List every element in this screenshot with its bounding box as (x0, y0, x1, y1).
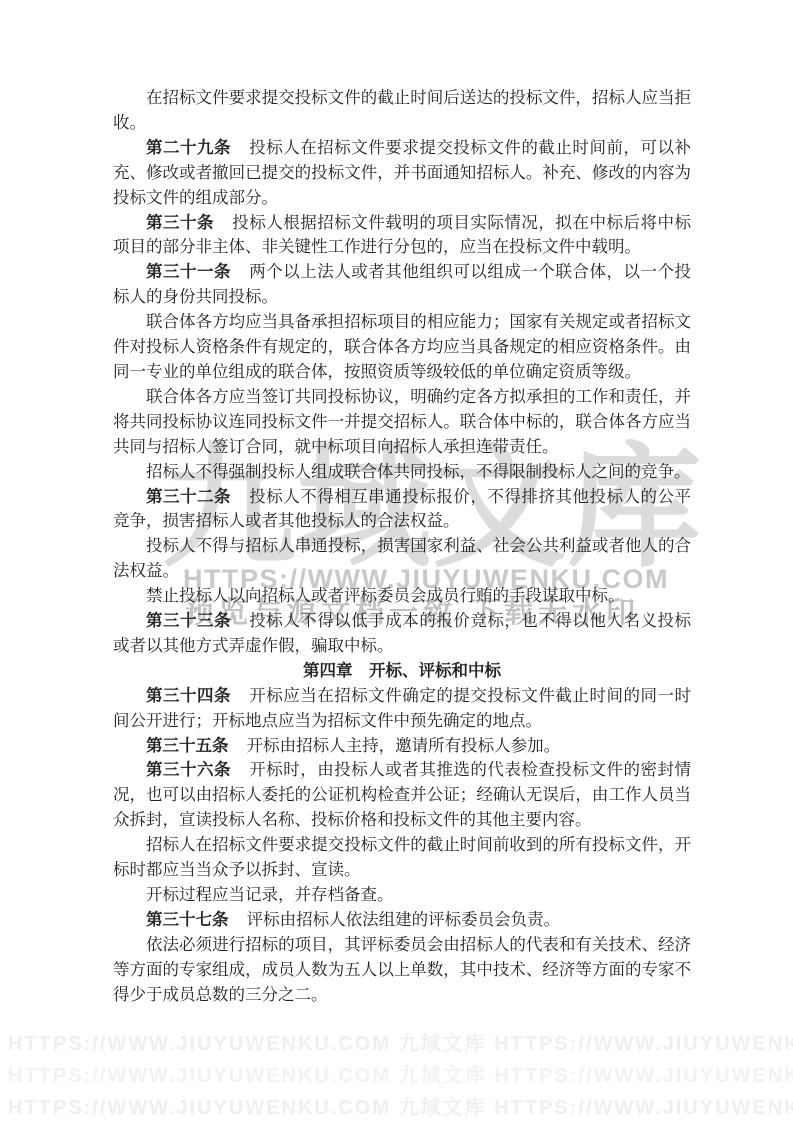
watermark-tile-row: HTTPS://WWW.JIUYUWENKU.COM 九域文库 HTTPS://… (8, 1098, 793, 1118)
paragraph: 招标人不得强制投标人组成联合体共同投标，不得限制投标人之间的竞争。 (113, 460, 691, 485)
paragraph: 投标人不得与招标人串通投标，损害国家利益、社会公共利益或者他人的合法权益。 (113, 534, 691, 584)
watermark-tile-row: HTTPS://WWW.JIUYUWENKU.COM 九域文库 HTTPS://… (8, 1066, 793, 1086)
article-number: 第二十九条 (146, 138, 231, 157)
document-page: 九域文库 HTTPS://WWW.JIUYUWENKU.COM 预览与源文档一致… (0, 0, 793, 1122)
paragraph: 联合体各方均应当具备承担招标项目的相应能力；国家有关规定或者招标文件对投标人资格… (113, 310, 691, 385)
article-number: 第三十四条 (146, 686, 231, 705)
paragraph: 招标人在招标文件要求提交投标文件的截止时间前收到的所有投标文件，开标时都应当当众… (113, 833, 691, 883)
paragraph: 在招标文件要求提交投标文件的截止时间后送达的投标文件，招标人应当拒收。 (113, 86, 691, 136)
paragraph: 第三十三条投标人不得以低于成本的报价竞标，也不得以他人名义投标或者以其他方式弄虚… (113, 609, 691, 659)
watermark-tile-row: HTTPS://WWW.JIUYUWENKU.COM 九域文库 HTTPS://… (8, 1034, 793, 1054)
paragraph: 第三十一条两个以上法人或者其他组织可以组成一个联合体，以一个投标人的身份共同投标… (113, 260, 691, 310)
paragraph: 第三十二条投标人不得相互串通投标报价，不得排挤其他投标人的公平竞争，损害招标人或… (113, 485, 691, 535)
article-number: 第三十一条 (146, 262, 231, 281)
paragraph: 第三十四条开标应当在招标文件确定的提交投标文件截止时间的同一时间公开进行；开标地… (113, 684, 691, 734)
paragraph: 第二十九条投标人在招标文件要求提交投标文件的截止时间前，可以补充、修改或者撤回已… (113, 136, 691, 211)
chapter-heading: 第四章 开标、评标和中标 (113, 659, 691, 684)
article-number: 第三十七条 (146, 910, 229, 929)
paragraph: 联合体各方应当签订共同投标协议，明确约定各方拟承担的工作和责任，并将共同投标协议… (113, 385, 691, 460)
paragraph: 开标过程应当记录，并存档备查。 (113, 883, 691, 908)
paragraph: 第三十六条开标时，由投标人或者其推选的代表检查投标文件的密封情况，也可以由招标人… (113, 758, 691, 833)
article-number: 第三十六条 (146, 760, 231, 779)
article-number: 第三十三条 (146, 611, 231, 630)
paragraph: 依法必须进行招标的项目，其评标委员会由招标人的代表和有关技术、经济等方面的专家组… (113, 933, 691, 1008)
paragraph: 禁止投标人以向招标人或者评标委员会成员行贿的手段谋取中标。 (113, 584, 691, 609)
watermark-bottom-band: HTTPS://WWW.JIUYUWENKU.COM 九域文库 HTTPS://… (0, 1022, 793, 1122)
paragraph: 第三十五条开标由招标人主持，邀请所有投标人参加。 (113, 734, 691, 759)
article-number: 第三十五条 (146, 736, 229, 755)
document-body: 在招标文件要求提交投标文件的截止时间后送达的投标文件，招标人应当拒收。第二十九条… (113, 86, 691, 1008)
paragraph: 第三十条投标人根据招标文件载明的项目实际情况，拟在中标后将中标项目的部分非主体、… (113, 211, 691, 261)
paragraph: 第三十七条评标由招标人依法组建的评标委员会负责。 (113, 908, 691, 933)
article-number: 第三十二条 (146, 487, 231, 506)
article-number: 第三十条 (146, 213, 214, 232)
